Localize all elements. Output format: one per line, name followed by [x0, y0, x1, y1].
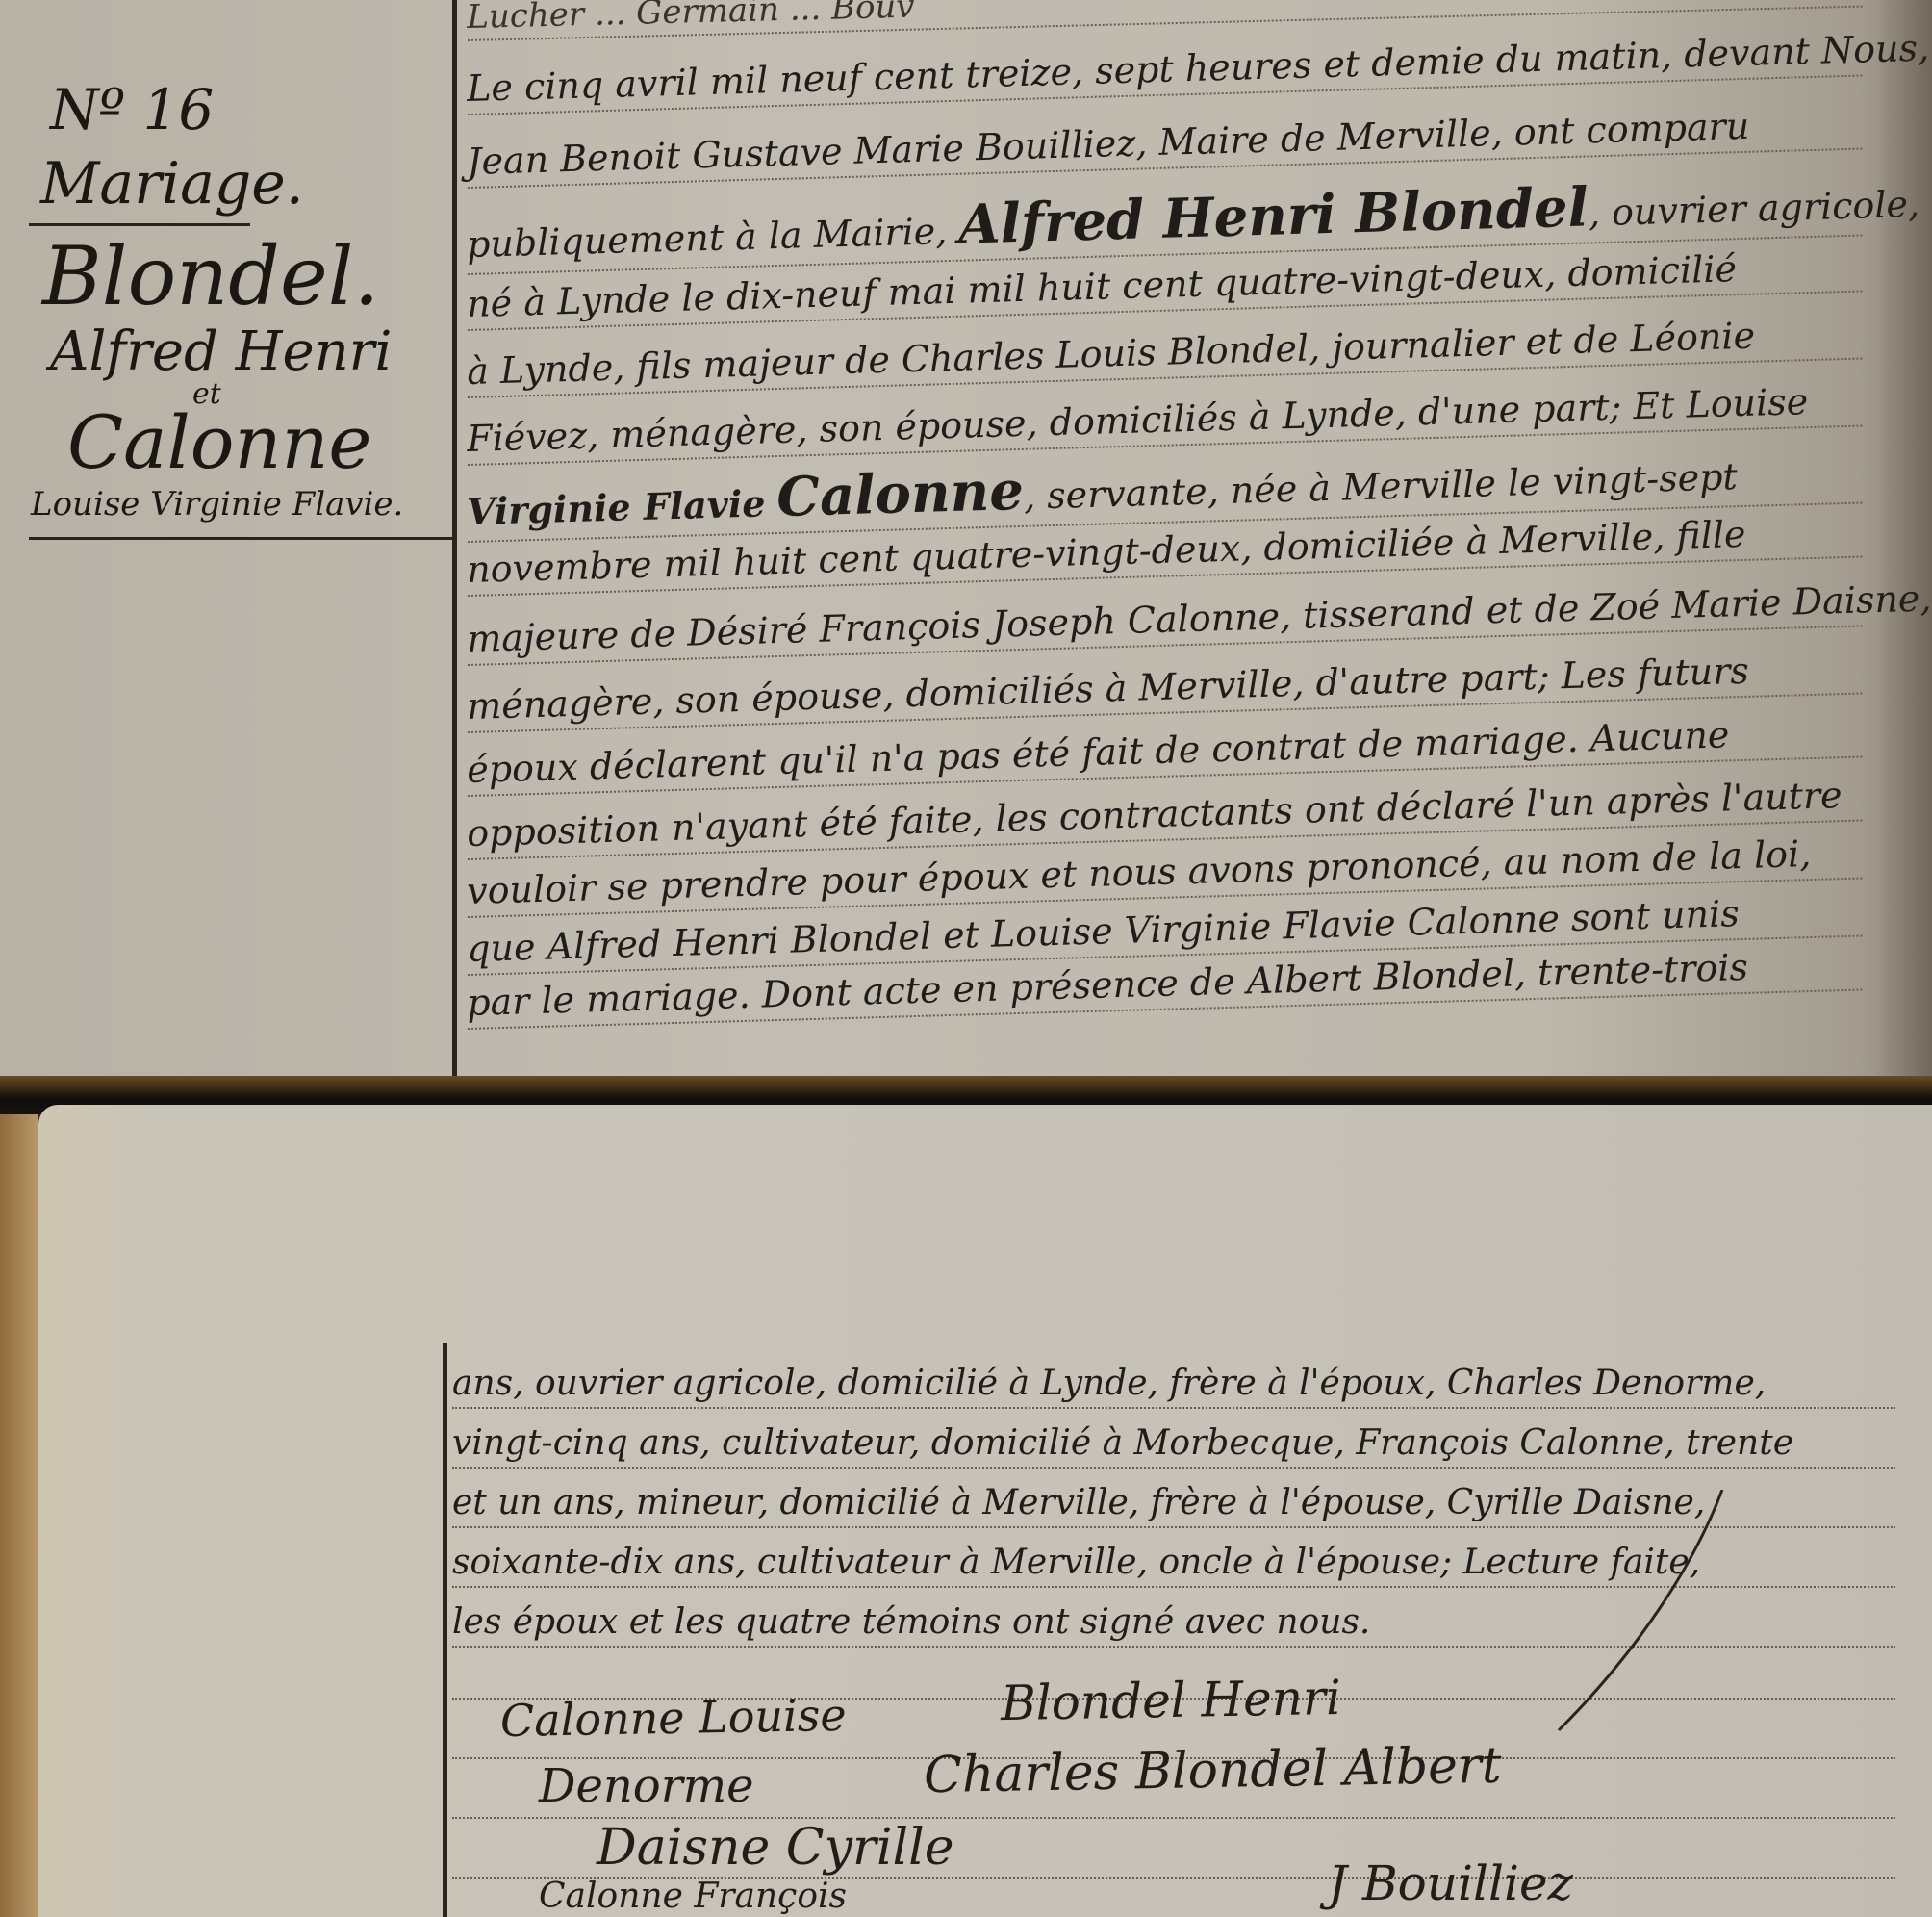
- bride-given-names-inline: Virginie Flavie: [466, 481, 766, 533]
- act-body: Lucher ... Germain ... Bouv Le cinq avri…: [468, 0, 1863, 1076]
- page-stack-edge: [0, 1114, 38, 1917]
- act-type: Mariage.: [40, 150, 443, 217]
- groom-surname: Blondel.: [42, 236, 443, 317]
- margin-rule: [452, 0, 457, 1076]
- register-page-2: ans, ouvrier agricole, domicilié à Lynde…: [0, 1076, 1932, 1917]
- groom-full-name: Alfred Henri Blondel: [957, 175, 1589, 256]
- bride-given-names: Louise Virginie Flavie.: [31, 485, 443, 524]
- margin-entry: Nº 16 Mariage. Blondel. Alfred Henri et …: [29, 77, 443, 540]
- act-line: Le cinq avril mil neuf cent treize, sept…: [467, 31, 1863, 115]
- act-line-text: , servante, née à Merville le vingt-sept: [1023, 455, 1738, 518]
- act-line-text: publiquement à la Mairie,: [467, 210, 948, 266]
- signature-witness-calonne: Calonne François: [539, 1877, 847, 1916]
- margin-column: Nº 16 Mariage. Blondel. Alfred Henri et …: [0, 0, 460, 1076]
- act-number: Nº 16: [50, 77, 443, 142]
- signature-witness-daisne: Daisne Cyrille: [597, 1819, 954, 1877]
- register-page-1: Nº 16 Mariage. Blondel. Alfred Henri et …: [0, 0, 1932, 1076]
- signature-bride: Calonne Louise: [500, 1689, 847, 1747]
- groom-given-names: Alfred Henri: [50, 320, 443, 383]
- signature-witness-denorme: Denorme: [539, 1759, 754, 1813]
- margin-end-rule: [29, 537, 452, 540]
- bride-surname: Calonne: [67, 406, 443, 479]
- page-2-sheet: ans, ouvrier agricole, domicilié à Lynde…: [38, 1105, 1932, 1917]
- signature-mayor: J Bouilliez: [1328, 1855, 1573, 1911]
- act-line: ans, ouvrier agricole, domicilié à Lynde…: [452, 1365, 1895, 1409]
- page-edge-shadow: [1874, 0, 1932, 1076]
- signature-witnesses-blondel: Charles Blondel Albert: [924, 1737, 1503, 1804]
- margin-divider: [29, 223, 250, 226]
- act-line-text: , ouvrier agricole,: [1588, 183, 1919, 235]
- act-line: vingt-cinq ans, cultivateur, domicilié à…: [452, 1424, 1895, 1469]
- bride-surname-inline: Calonne: [775, 459, 1024, 529]
- margin-rule: [443, 1343, 447, 1917]
- signature-groom: Blondel Henri: [1001, 1670, 1342, 1731]
- closing-flourish-icon: [1549, 1490, 1741, 1740]
